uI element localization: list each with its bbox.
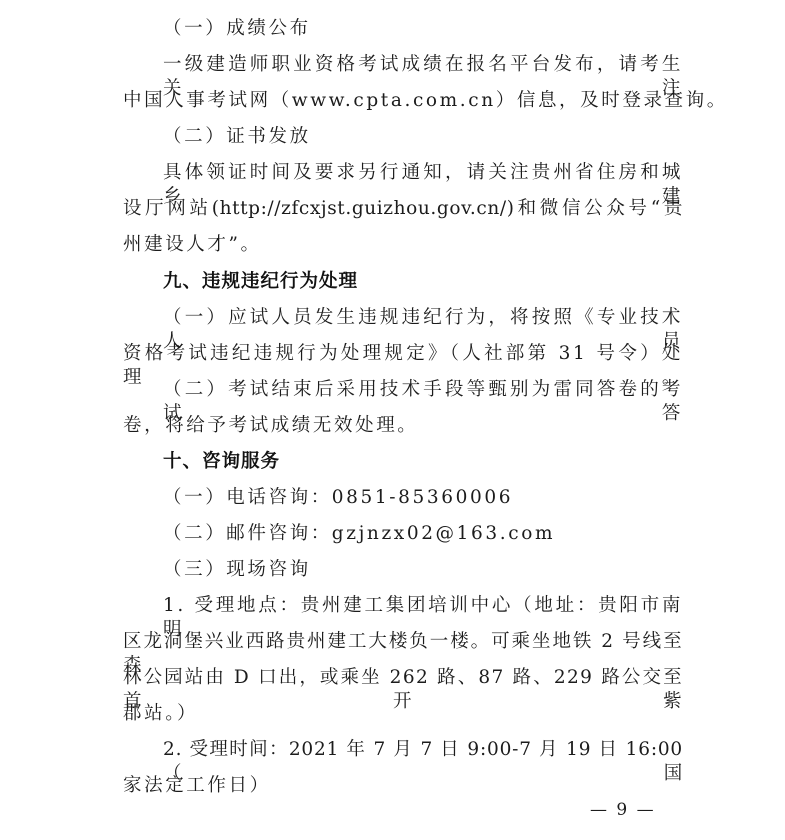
document-page: （一）成绩公布 一级建造师职业资格考试成绩在报名平台发布，请考生关注 中国人事考… [0,0,785,840]
heading-violation-handling: 九、违规违纪行为处理 [163,270,723,294]
subheading-certificate-issuance: （二）证书发放 [163,125,683,149]
paragraph-line: 卷，将给予考试成绩无效处理。 [123,414,683,438]
paragraph-line: 州建设人才”。 [123,233,683,257]
page-number: — 9 — [590,800,656,820]
paragraph-line: 家法定工作日） [123,774,683,798]
onsite-consulting-item: （三）现场咨询 [163,558,683,582]
paragraph-line: 设厅网站(http://zfcxjst.guizhou.gov.cn/)和微信公… [123,197,683,221]
phone-consulting-item: （一）电话咨询：0851-85360006 [163,486,683,510]
paragraph-line: 中国人事考试网（www.cpta.com.cn）信息，及时登录查询。 [123,89,683,113]
paragraph-line: 郡站。） [123,702,683,726]
email-consulting-item: （二）邮件咨询：gzjnzx02@163.com [163,522,683,546]
subheading-score-release: （一）成绩公布 [163,17,683,41]
heading-consulting-services: 十、咨询服务 [163,450,723,474]
